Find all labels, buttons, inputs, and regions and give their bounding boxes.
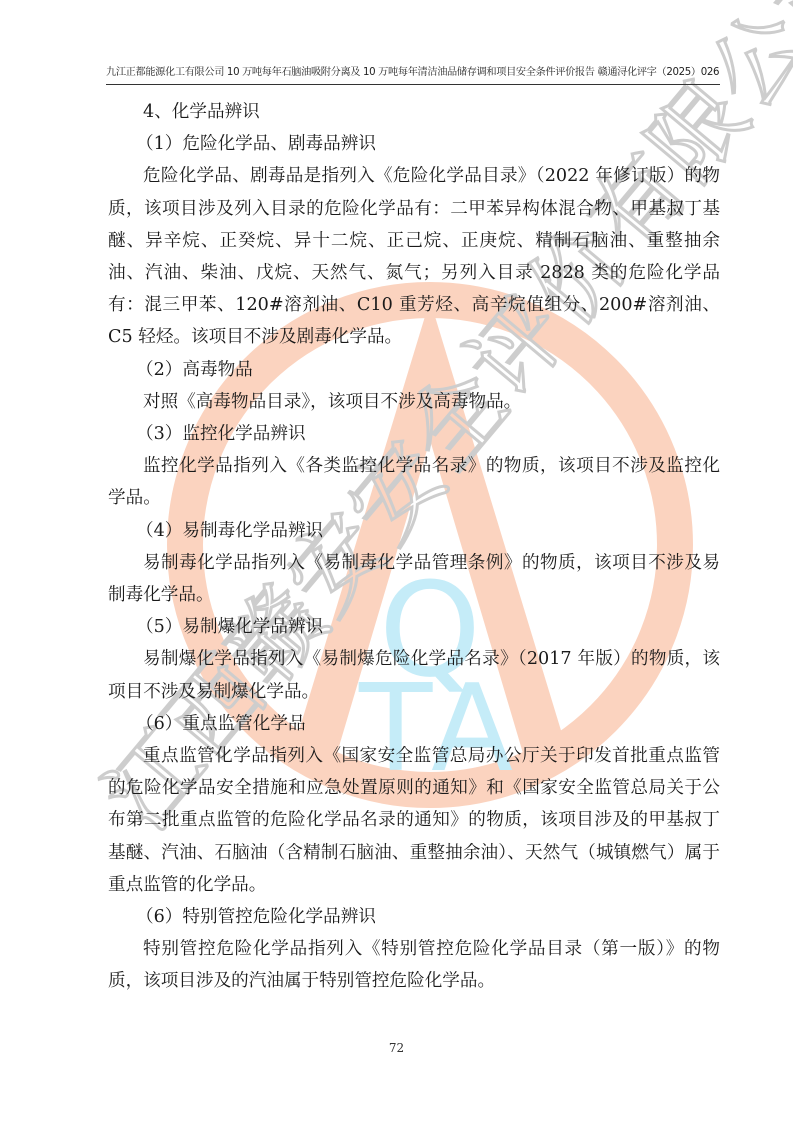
subsection-heading: （2）高毒物品 — [108, 354, 720, 386]
subsection-body: 易制爆化学品指列入《易制爆危险化学品名录》（2017 年版）的物质，该项目不涉及… — [108, 643, 720, 707]
subsection-heading: （1）危险化学品、剧毒品辨识 — [108, 128, 720, 160]
subsection-body: 危险化学品、剧毒品是指列入《危险化学品目录》（2022 年修订版）的物质，该项目… — [108, 160, 720, 353]
subsection-body: 易制毒化学品指列入《易制毒化学品管理条例》的物质，该项目不涉及易制毒化学品。 — [108, 547, 720, 611]
subsection-heading: （5）易制爆化学品辨识 — [108, 611, 720, 643]
subsection-heading: （4）易制毒化学品辨识 — [108, 515, 720, 547]
subsection-body: 对照《高毒物品目录》，该项目不涉及高毒物品。 — [108, 386, 720, 418]
document-page: Q TA 江西赣安安全评价有限公司 九江正都能源化工有限公司 10 万吨每年石脑… — [0, 0, 793, 1122]
subsection-heading: （6）特别管控危险化学品辨识 — [108, 901, 720, 933]
subsection-body: 特别管控危险化学品指列入《特别管控危险化学品目录（第一版）》的物质，该项目涉及的… — [108, 933, 720, 997]
section-title: 4、化学品辨识 — [108, 96, 720, 128]
subsection-body: 监控化学品指列入《各类监控化学品名录》的物质，该项目不涉及监控化学品。 — [108, 450, 720, 514]
header-divider — [106, 84, 720, 85]
subsection-heading: （6）重点监管化学品 — [108, 708, 720, 740]
running-header: 九江正都能源化工有限公司 10 万吨每年石脑油吸附分离及 10 万吨每年清洁油品… — [106, 64, 720, 82]
page-number: 72 — [0, 1041, 793, 1055]
subsection-body: 重点监管化学品指列入《国家安全监管总局办公厅关于印发首批重点监管的危险化学品安全… — [108, 740, 720, 901]
document-body: 4、化学品辨识 （1）危险化学品、剧毒品辨识 危险化学品、剧毒品是指列入《危险化… — [108, 96, 720, 998]
subsection-heading: （3）监控化学品辨识 — [108, 418, 720, 450]
